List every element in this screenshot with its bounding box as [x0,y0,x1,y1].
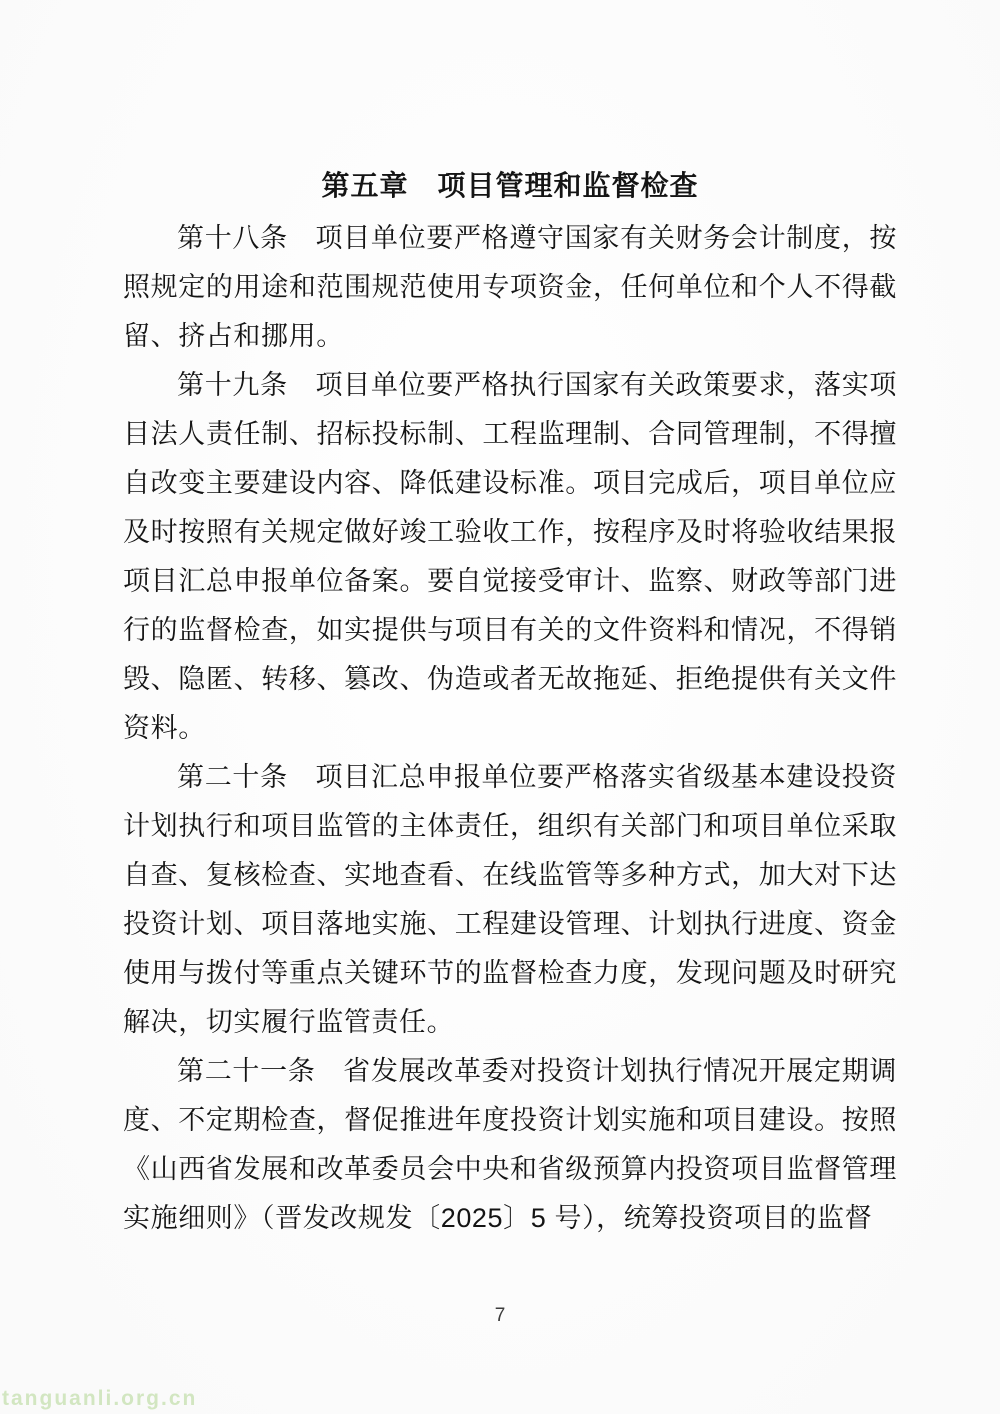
paragraph-article-19: 第十九条 项目单位要严格执行国家有关政策要求，落实项目法人责任制、招标投标制、工… [123,361,897,753]
document-body: 第五章 项目管理和监督检查 第十八条 项目单位要严格遵守国家有关财务会计制度，按… [123,161,897,1243]
paragraph-article-21: 第二十一条 省发展改革委对投资计划执行情况开展定期调度、不定期检查，督促推进年度… [123,1047,897,1243]
paragraph-article-18: 第十八条 项目单位要严格遵守国家有关财务会计制度，按照规定的用途和范围规范使用专… [123,214,897,361]
chapter-title: 第五章 项目管理和监督检查 [123,161,897,210]
document-page: 第五章 项目管理和监督检查 第十八条 项目单位要严格遵守国家有关财务会计制度，按… [0,0,1000,1414]
paragraph-article-20: 第二十条 项目汇总申报单位要严格落实省级基本建设投资计划执行和项目监管的主体责任… [123,753,897,1047]
watermark-text: tanguanli.org.cn [2,1387,197,1411]
page-number: 7 [0,1305,1000,1327]
